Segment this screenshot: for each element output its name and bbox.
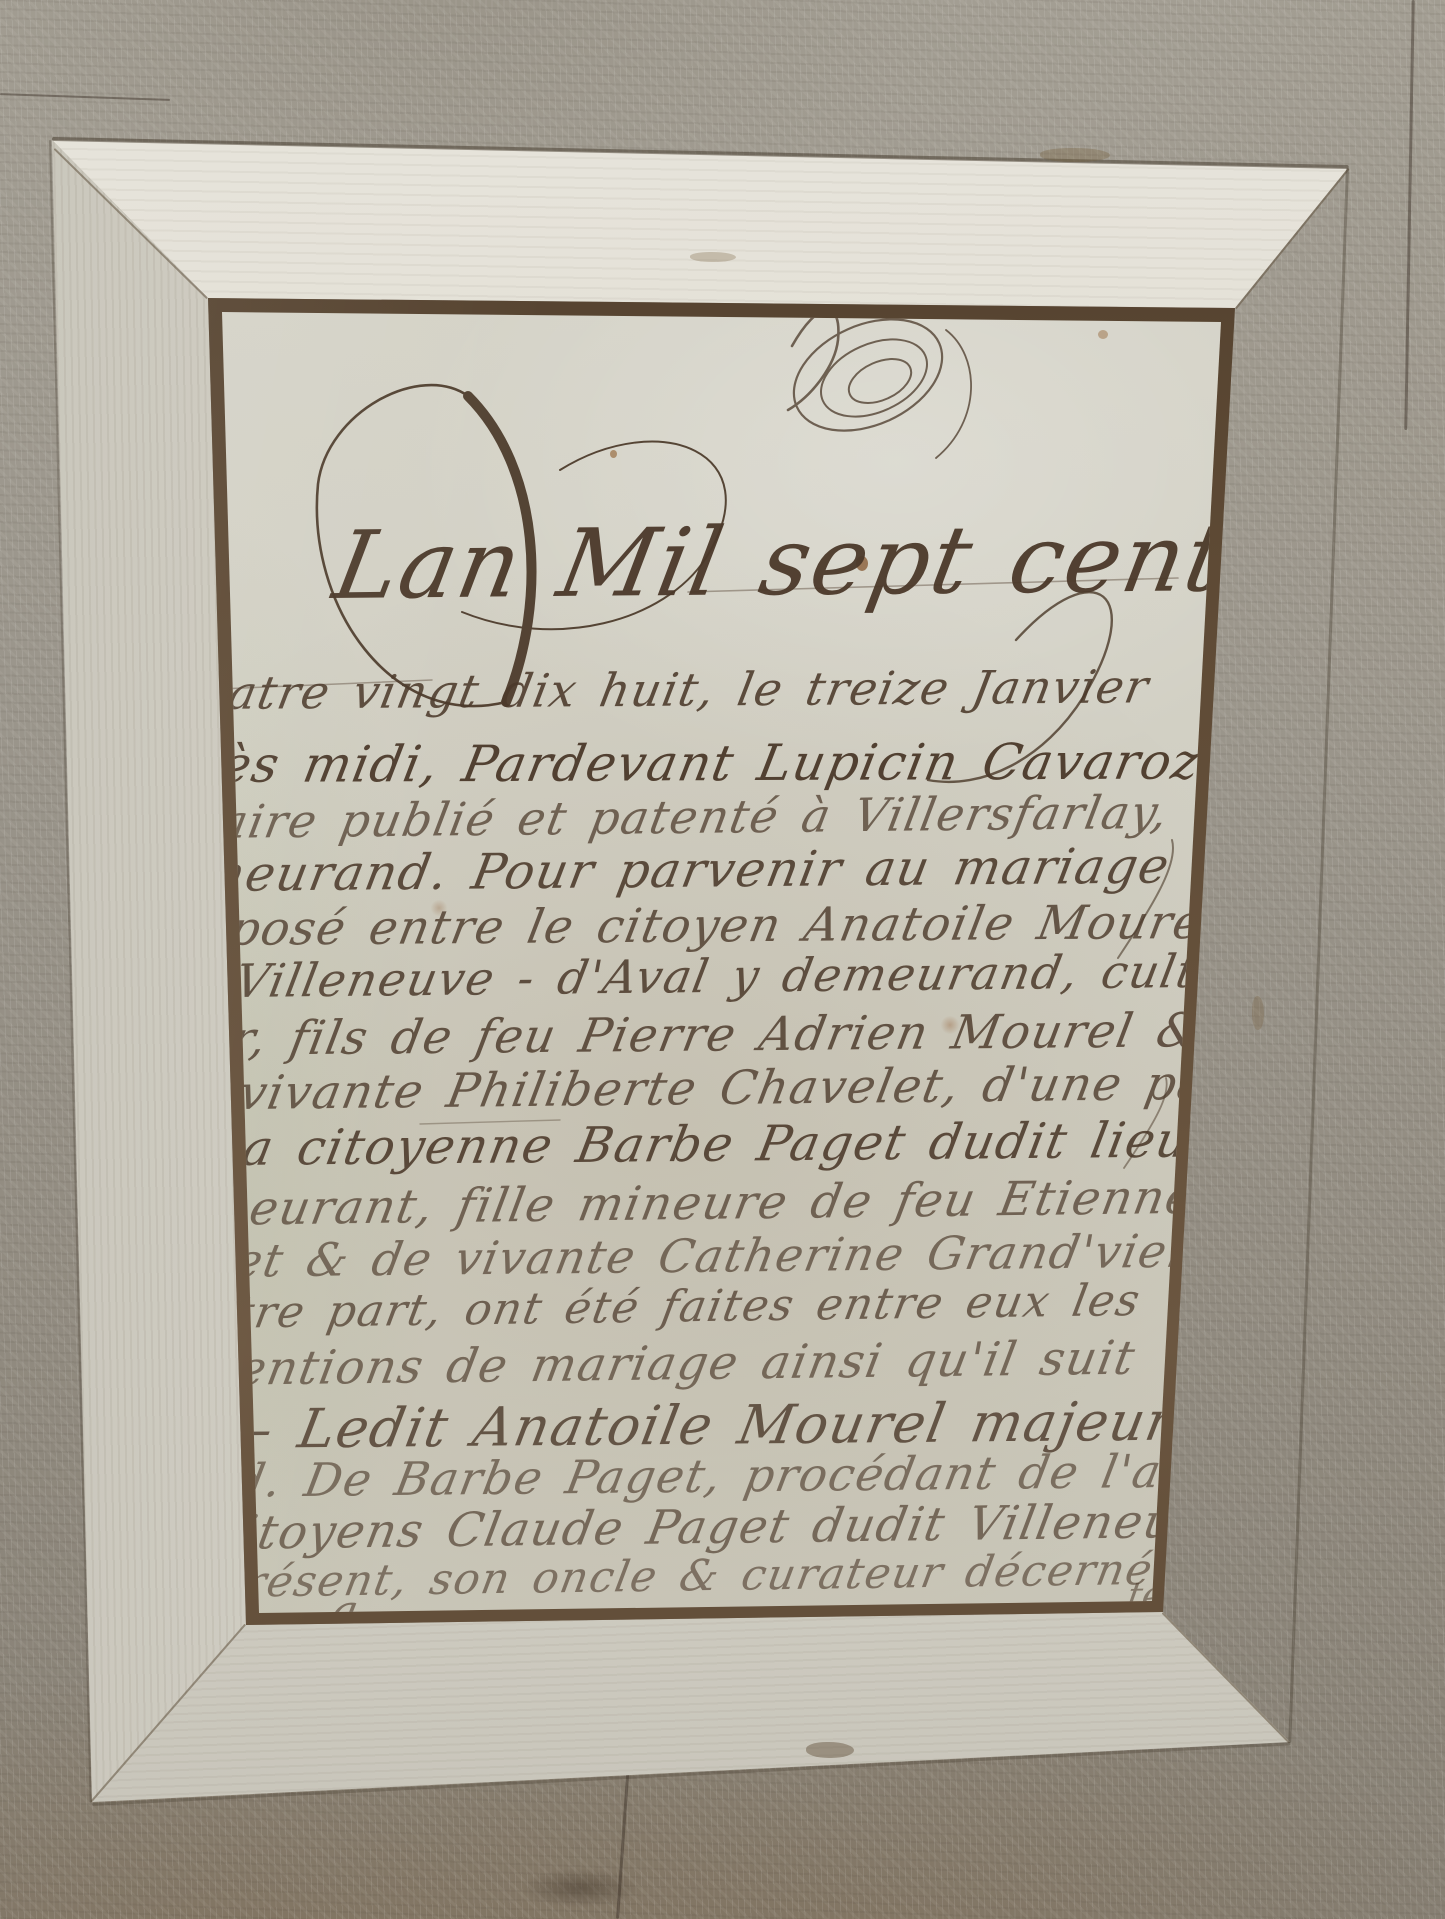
photo-of-framed-manuscript: Lan Mil sept cent uatre vingt dix huit, … xyxy=(0,0,1445,1919)
paint-chip xyxy=(806,1742,854,1758)
paint-chip xyxy=(1252,996,1264,1030)
paint-chip xyxy=(1040,148,1110,162)
paint-chip xyxy=(690,252,736,262)
wood-knot xyxy=(520,1868,640,1908)
